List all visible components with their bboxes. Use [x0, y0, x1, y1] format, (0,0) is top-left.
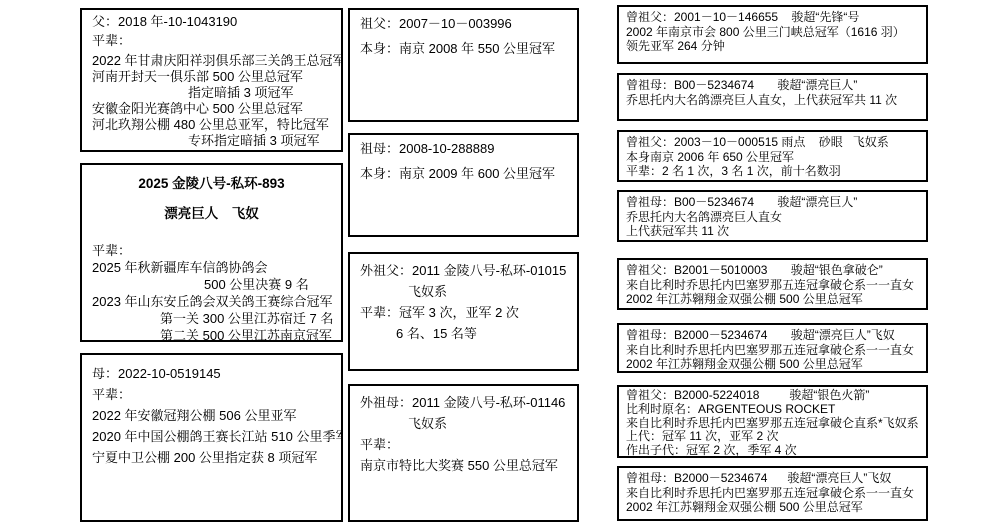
- ring-line: 曾祖母：B00－5234674 骏超“漂亮巨人”: [626, 78, 919, 93]
- achievement-line: 来自比利时乔思托内巴塞罗那五连冠拿破仑系一一直女: [626, 486, 919, 501]
- achievement-line: 2002 年江苏翱翔金双强公棚 500 公里总冠军: [626, 357, 919, 372]
- achievement-line: 2022 年安徽冠翔公棚 506 公里亚军: [92, 405, 331, 426]
- achievement-line: 指定暗插 3 项冠军: [92, 85, 331, 101]
- achievement-line: 6 名、15 名等: [360, 326, 567, 342]
- grandfather-box: 祖父：2007－10－003996 本身：南京 2008 年 550 公里冠军: [348, 8, 579, 122]
- ring-line: 曾祖父：B2001－5010003 骏超“银色拿破仑”: [626, 263, 919, 278]
- great-grandmother-4-box: 曾祖母：B2000－5234674 骏超“漂亮巨人”飞奴 来自比利时乔思托内巴塞…: [617, 466, 928, 521]
- achievement-line: 作出子代：冠军 2 次，季军 4 次: [626, 444, 919, 458]
- achievement-line: 本身：南京 2008 年 550 公里冠军: [360, 41, 567, 57]
- strain-line: 飞奴系: [360, 416, 567, 432]
- grandfather-ring-number: 祖父：2007－10－003996: [360, 16, 567, 32]
- peers-label: 平辈：: [92, 33, 331, 49]
- ring-line: 曾祖父：2001－10－146655 骏超“先锋“号: [626, 10, 919, 25]
- great-grandfather-4-box: 曾祖父：B2000-5224018 骏超“银色火箭” 比利时原名：ARGENTE…: [617, 385, 928, 458]
- achievement-line: 乔思托内大名鸽漂亮巨人直女: [626, 210, 919, 225]
- father-ring-number: 父：2018 年-10-1043190: [92, 14, 331, 30]
- achievement-line: 安徽金阳光赛鸽中心 500 公里总冠军: [92, 101, 331, 117]
- achievement-line: 2022 年甘肃庆阳祥羽俱乐部三关鸽王总冠军: [92, 53, 331, 69]
- achievement-line: 来自比利时乔思托内巴塞罗那五连冠拿破仑系一一直女: [626, 343, 919, 358]
- pigeon-pedigree-chart: 父：2018 年-10-1043190 平辈： 2022 年甘肃庆阳祥羽俱乐部三…: [0, 0, 1000, 529]
- mother-ring-number: 母：2022-10-0519145: [92, 363, 331, 384]
- grandmother-ring-number: 祖母：2008-10-288889: [360, 141, 567, 157]
- achievement-line: 专环指定暗插 3 项冠军: [92, 133, 331, 149]
- achievement-line: 平辈：冠军 3 次，亚军 2 次: [360, 305, 567, 321]
- father-box: 父：2018 年-10-1043190 平辈： 2022 年甘肃庆阳祥羽俱乐部三…: [80, 8, 343, 152]
- ring-line: 曾祖母：B2000－5234674 骏超“漂亮巨人”飞奴: [626, 471, 919, 486]
- subject-bird-box: 2025 金陵八号-私环-893 漂亮巨人 飞奴 平辈： 2025 年秋新疆库车…: [80, 163, 343, 342]
- subject-bird-name: 漂亮巨人 飞奴: [92, 205, 331, 222]
- achievement-line: 本身：南京 2009 年 600 公里冠军: [360, 166, 567, 182]
- original-name-line: 比利时原名：ARGENTEOUS ROCKET: [626, 403, 919, 417]
- achievement-line: 南京市特比大奖赛 550 公里总冠军: [360, 458, 567, 474]
- achievement-line: 本身南京 2006 年 650 公里冠军: [626, 150, 919, 165]
- maternal-grandmother-box: 外祖母：2011 金陵八号-私环-01146 飞奴系 平辈： 南京市特比大奖赛 …: [348, 384, 579, 522]
- achievement-line: 第二关 500 公里江苏南京冠军: [92, 327, 331, 342]
- achievement-line: 2002 年南京市会 800 公里三门峡总冠军（1616 羽）: [626, 25, 919, 40]
- subject-ring-number: 2025 金陵八号-私环-893: [92, 175, 331, 192]
- achievement-line: 乔思托内大名鸽漂亮巨人直女，上代获冠军共 11 次: [626, 93, 919, 108]
- achievement-line: 来自比利时乔思托内巴塞罗那五连冠拿破仑系一一直女: [626, 278, 919, 293]
- achievement-line: 2002 年江苏翱翔金双强公棚 500 公里总冠军: [626, 292, 919, 307]
- achievement-line: 宁夏中卫公棚 200 公里指定获 8 项冠军: [92, 447, 331, 468]
- achievement-line: 500 公里决赛 9 名: [92, 276, 331, 293]
- great-grandfather-1-box: 曾祖父：2001－10－146655 骏超“先锋“号 2002 年南京市会 80…: [617, 5, 928, 64]
- great-grandfather-3-box: 曾祖父：B2001－5010003 骏超“银色拿破仑” 来自比利时乔思托内巴塞罗…: [617, 258, 928, 310]
- achievement-line: 河北玖翔公棚 480 公里总亚军，特比冠军: [92, 117, 331, 133]
- ring-line: 曾祖父：2003－10－000515 雨点 砂眼 飞奴系: [626, 135, 919, 150]
- achievement-line: 2023 年山东安丘鸽会双关鸽王赛综合冠军: [92, 293, 331, 310]
- maternal-grandfather-ring-number: 外祖父：2011 金陵八号-私环-01015: [360, 263, 567, 279]
- achievement-line: 河南开封天一俱乐部 500 公里总冠军: [92, 69, 331, 85]
- mother-box: 母：2022-10-0519145 平辈： 2022 年安徽冠翔公棚 506 公…: [80, 353, 343, 522]
- peers-label: 平辈：: [92, 242, 331, 259]
- achievement-line: 上代获冠军共 11 次: [626, 224, 919, 239]
- strain-line: 飞奴系: [360, 284, 567, 300]
- ring-line: 曾祖母：B2000－5234674 骏超“漂亮巨人”飞奴: [626, 328, 919, 343]
- ring-line: 曾祖父：B2000-5224018 骏超“银色火箭”: [626, 389, 919, 403]
- peers-label: 平辈：: [360, 437, 567, 453]
- ring-line: 曾祖母：B00－5234674 骏超“漂亮巨人”: [626, 195, 919, 210]
- achievement-line: 2002 年江苏翱翔金双强公棚 500 公里总冠军: [626, 500, 919, 515]
- peers-label: 平辈：: [92, 384, 331, 405]
- great-grandfather-2-box: 曾祖父：2003－10－000515 雨点 砂眼 飞奴系 本身南京 2006 年…: [617, 130, 928, 182]
- grandmother-box: 祖母：2008-10-288889 本身：南京 2009 年 600 公里冠军: [348, 133, 579, 237]
- maternal-grandmother-ring-number: 外祖母：2011 金陵八号-私环-01146: [360, 395, 567, 411]
- achievement-line: 2020 年中国公棚鸽王赛长江站 510 公里季军: [92, 426, 331, 447]
- great-grandmother-2-box: 曾祖母：B00－5234674 骏超“漂亮巨人” 乔思托内大名鸽漂亮巨人直女 上…: [617, 190, 928, 242]
- achievement-line: 2025 年秋新疆库车信鸽协鸽会: [92, 259, 331, 276]
- maternal-grandfather-box: 外祖父：2011 金陵八号-私环-01015 飞奴系 平辈：冠军 3 次，亚军 …: [348, 252, 579, 371]
- achievement-line: 平辈：2 名 1 次，3 名 1 次，前十名数羽: [626, 164, 919, 179]
- great-grandmother-3-box: 曾祖母：B2000－5234674 骏超“漂亮巨人”飞奴 来自比利时乔思托内巴塞…: [617, 323, 928, 373]
- great-grandmother-1-box: 曾祖母：B00－5234674 骏超“漂亮巨人” 乔思托内大名鸽漂亮巨人直女，上…: [617, 73, 928, 121]
- achievement-line: 第一关 300 公里江苏宿迁 7 名: [92, 310, 331, 327]
- achievement-line: 领先亚军 264 分钟: [626, 39, 919, 54]
